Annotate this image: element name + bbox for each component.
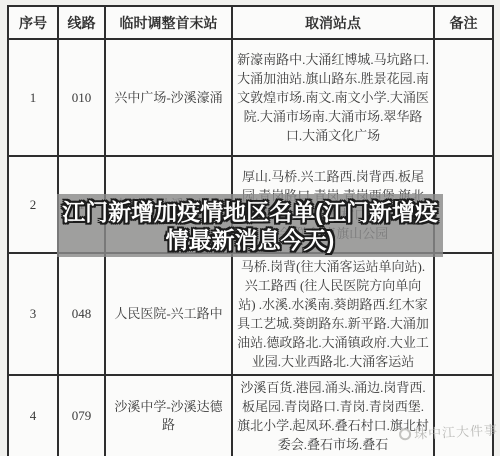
- cell-endpoints: 人民医院-兴工路中: [105, 253, 232, 375]
- cell-endpoints: 兴中广场-沙溪濠涌: [105, 39, 232, 156]
- header-cancelled: 取消站点: [232, 6, 434, 39]
- cell-note: [434, 39, 493, 156]
- watermark-ring-logo-icon: [399, 427, 412, 440]
- header-route: 线路: [58, 6, 105, 39]
- cell-endpoints: 沙溪中学-沙溪达德路: [105, 375, 232, 456]
- headline-line-2: 情最新消息今天): [166, 226, 335, 254]
- headline-overlay: 江门新增加疫情地区名单(江门新增疫 情最新消息今天): [57, 194, 443, 257]
- cell-route: 048: [58, 253, 105, 375]
- table-header-row: 序号 线路 临时调整首末站 取消站点 备注: [8, 6, 493, 39]
- table-row: 3 048 人民医院-兴工路中 马桥.岗背(往大涌客运站单向站).兴工路西 (往…: [8, 253, 493, 375]
- header-seq: 序号: [8, 6, 58, 39]
- cell-seq: 1: [8, 39, 58, 156]
- header-endpoints: 临时调整首末站: [105, 6, 232, 39]
- headline-line-1: 江门新增加疫情地区名单(江门新增疫: [62, 198, 438, 226]
- cell-note: [434, 253, 493, 375]
- cell-seq: 4: [8, 375, 58, 456]
- cell-cancelled: 新濠南路中.大涌红博城.马坑路口.大涌加油站.旗山路东.胜景花园.南文敦煌市场.…: [232, 39, 434, 156]
- cell-seq: 2: [8, 156, 58, 253]
- cell-cancelled: 沙溪百货.港园.涌头.涌边.岗背西.板尾园.青岗路口.青岗.青岗西堡.旗北小学.…: [232, 375, 434, 456]
- cell-route: 079: [58, 375, 105, 456]
- cell-note: [434, 375, 493, 456]
- cell-route: 010: [58, 39, 105, 156]
- table-row: 1 010 兴中广场-沙溪濠涌 新濠南路中.大涌红博城.马坑路口.大涌加油站.旗…: [8, 39, 493, 156]
- cell-cancelled: 马桥.岗背(往大涌客运站单向站).兴工路西 (往人民医院方向单向站) .水溪.水…: [232, 253, 434, 375]
- cell-seq: 3: [8, 253, 58, 375]
- table-row: 4 079 沙溪中学-沙溪达德路 沙溪百货.港园.涌头.涌边.岗背西.板尾园.青…: [8, 375, 493, 456]
- header-note: 备注: [434, 6, 493, 39]
